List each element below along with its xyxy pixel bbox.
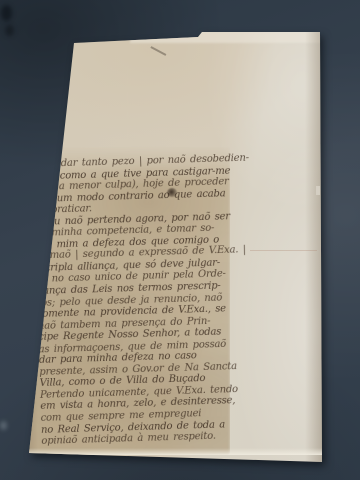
edge-nick	[316, 186, 320, 195]
ink-blot	[167, 188, 177, 197]
manuscript-page-shadow: deva dar tanto pezo | por naõ desobedien…	[0, 0, 360, 480]
page-edge-shading	[305, 30, 323, 464]
torn-edge-chip	[130, 31, 322, 43]
pencil-scratch	[151, 46, 167, 55]
crease-line	[250, 250, 317, 251]
photo-background: deva dar tanto pezo | por naõ desobedien…	[0, 0, 360, 480]
page-edge-highlight	[28, 448, 324, 455]
manuscript-page: deva dar tanto pezo | por naõ desobedien…	[0, 0, 360, 480]
page-edge-shading	[28, 40, 38, 454]
handwriting-block: deva dar tanto pezo | por naõ desobedien…	[33, 153, 247, 448]
